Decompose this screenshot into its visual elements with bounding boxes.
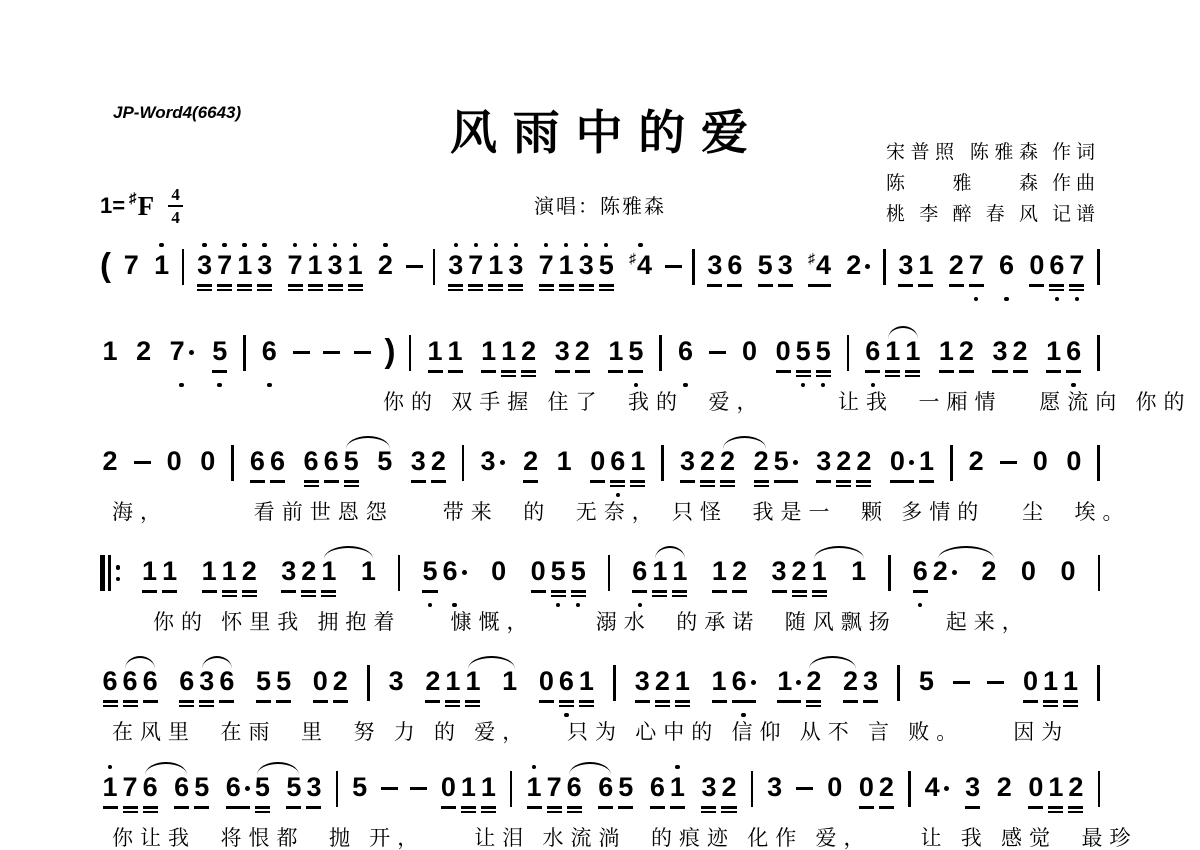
octave-dot-above (778, 240, 793, 250)
beam-underlines (812, 588, 827, 600)
octave-dot-above (992, 326, 1007, 336)
beam-group: 02 (310, 656, 350, 720)
duration-dash (953, 681, 970, 684)
note-digit: 2 (301, 556, 316, 587)
beam-group: 7131 (285, 240, 365, 304)
note-digit: 5 (212, 336, 227, 367)
digit-row: 0 (441, 772, 456, 804)
note: 6 (1047, 240, 1067, 304)
digit-row: 5 (377, 446, 392, 478)
octave-dot-above (124, 240, 139, 250)
octave-dot-below (527, 816, 542, 826)
octave-dot-below (136, 380, 151, 390)
octave-dot-below (301, 600, 316, 610)
underline-1 (1013, 370, 1028, 373)
note-digit: 7 (468, 250, 483, 281)
beam-underlines (162, 588, 177, 600)
octave-dot-above (590, 436, 605, 446)
underline-2 (547, 811, 562, 814)
digit-row: 5 (628, 336, 643, 368)
beam-group: 061 (588, 436, 648, 500)
octave-dot-above (599, 240, 614, 250)
notes-row: 12756)11112321560055611123216 (100, 326, 1100, 390)
note: 0 (588, 436, 608, 500)
note: 1 (672, 656, 692, 720)
digit-row: 1 (481, 772, 496, 804)
beam-underlines (608, 368, 623, 380)
beam-group: 25 (751, 436, 800, 500)
underline-1 (628, 370, 643, 373)
octave-dot-above (579, 240, 594, 250)
underline-2 (567, 811, 582, 814)
octave-dot-below (179, 710, 194, 720)
note: 2 (966, 436, 986, 500)
underline-2 (445, 705, 460, 708)
octave-dot-above (1048, 762, 1063, 772)
octave-dot-above (348, 240, 363, 250)
beam-group: 611 (863, 326, 923, 390)
note: 2 (994, 762, 1014, 826)
note: 3 (963, 762, 983, 826)
octave-dot-below (678, 380, 693, 390)
note: 3 (279, 546, 299, 610)
underline-2 (488, 289, 503, 292)
note-digit: 1 (675, 666, 690, 697)
note-digit: 3 (635, 666, 650, 697)
duration-dash (709, 351, 726, 354)
lyrics-line: 你让我 将恨都 抛 开， 让泪 水流淌 的痕迹 化作 爱， 让 我 感觉 最珍 (100, 822, 1100, 850)
beam-underlines (344, 478, 359, 490)
beam-group: 23 (841, 656, 881, 720)
note-digit: 2 (754, 446, 769, 477)
octave-dot-above (670, 762, 685, 772)
note: 1 (576, 656, 596, 720)
beam-underlines (879, 804, 894, 816)
octave-dot-below (778, 294, 793, 304)
barline (613, 665, 616, 701)
digit-row: 2 (879, 772, 894, 804)
underline-1 (197, 284, 212, 287)
digit-row: 1 (445, 666, 460, 698)
underline-2 (1043, 705, 1058, 708)
beam-group: 12 (709, 546, 749, 610)
note: 2 (844, 240, 873, 304)
note-digit: 3 (965, 772, 980, 803)
octave-dot-above (898, 240, 913, 250)
octave-dot-above (344, 436, 359, 446)
digit-row: 2 (655, 666, 670, 698)
note-digit: 6 (610, 446, 625, 477)
note-digit: 1 (481, 336, 496, 367)
beam-underlines (276, 698, 291, 710)
underline-2 (222, 595, 237, 598)
digit-row: 5 (599, 250, 614, 282)
augmentation-dot (865, 264, 870, 269)
digit-row: 2 (732, 556, 747, 588)
note: 3 (408, 436, 428, 500)
beam-underlines (174, 804, 189, 816)
beam-group: 0 (489, 546, 509, 610)
octave-dot-above (281, 546, 296, 556)
underline-1 (754, 480, 769, 483)
note-digit: 6 (732, 666, 747, 697)
underline-1 (590, 480, 605, 483)
underline-1 (523, 480, 538, 483)
octave-dot-above (1028, 762, 1043, 772)
digit-row: 5 (774, 446, 798, 478)
octave-dot-above (918, 240, 933, 250)
note-digit: 2 (732, 556, 747, 587)
beam-underlines (630, 478, 645, 490)
beam-underlines (628, 368, 643, 380)
digit-row: 2 (843, 666, 858, 698)
beam-group: 2 (521, 436, 541, 500)
note: 6 (267, 436, 287, 500)
note: 2 (330, 656, 350, 720)
octave-dot-below (154, 294, 169, 304)
octave-dot-below (707, 294, 722, 304)
note: 6 (223, 762, 252, 826)
note: 1 (345, 240, 365, 304)
underline-1 (652, 590, 667, 593)
note: 6 (596, 762, 616, 826)
octave-dot-above (630, 436, 645, 446)
beam-underlines (816, 368, 831, 380)
music-line: (7137137131237137135♯43653♯4231276067 (100, 240, 1100, 300)
barline (243, 335, 246, 371)
underline-1 (777, 700, 801, 703)
underline-2 (103, 705, 118, 708)
digit-row: 3 (701, 772, 716, 804)
digit-row: 5 (422, 556, 437, 588)
beam-underlines (103, 804, 118, 816)
digit-row: 4 (925, 772, 949, 804)
underline-1 (559, 284, 574, 287)
octave-dot-above (197, 240, 212, 250)
beam-underlines (898, 282, 913, 294)
octave-dot-below (389, 710, 404, 720)
beam-underlines (179, 698, 194, 710)
octave-dot-below (571, 600, 586, 610)
note-digit: 2 (997, 772, 1012, 803)
underline-2 (571, 595, 586, 598)
octave-dot-above (610, 436, 625, 446)
octave-dot-above (551, 546, 566, 556)
underline-1 (551, 590, 566, 593)
note-digit: 2 (431, 446, 446, 477)
octave-dot-above (933, 546, 957, 556)
underline-2 (197, 289, 212, 292)
digit-row: 2 (431, 446, 446, 478)
note-digit: 5 (256, 666, 271, 697)
note: 1 (670, 546, 690, 610)
underline-2 (308, 289, 323, 292)
octave-dot-below (1069, 294, 1084, 304)
underline-1 (632, 590, 647, 593)
note-digit: 1 (162, 556, 177, 587)
beam-group: 61 (647, 762, 687, 826)
octave-dot-above (754, 436, 769, 446)
underline-1 (308, 284, 323, 287)
beam-group: 0 (198, 436, 218, 500)
beam-underlines (865, 368, 880, 380)
digit-row: 1 (652, 556, 667, 588)
beam-group: 4 (922, 762, 951, 826)
beam-underlines (250, 478, 265, 490)
digit-row: 1 (579, 666, 594, 698)
beam-underlines (772, 588, 787, 600)
duration-dash (987, 681, 1004, 684)
octave-dot-below (650, 816, 665, 826)
digit-row: 1 (812, 556, 827, 588)
barline (231, 445, 234, 481)
duration-dash (293, 351, 310, 354)
note: 5 (813, 326, 833, 390)
octave-dot-below (827, 816, 842, 826)
octave-dot-below (1043, 710, 1058, 720)
octave-dot-below (851, 600, 866, 610)
note-digit: 6 (179, 666, 194, 697)
note: 0 (1026, 762, 1046, 826)
note-digit: 0 (1023, 666, 1038, 697)
beam-underlines (777, 698, 801, 710)
octave-dot-above (523, 436, 538, 446)
underline-1 (879, 806, 894, 809)
octave-dot-above (491, 546, 506, 556)
octave-dot-below (919, 710, 934, 720)
note: 6 (217, 656, 237, 720)
octave-dot-above (222, 546, 237, 556)
underline-2 (321, 595, 336, 598)
octave-dot-above (212, 326, 227, 336)
lyrics-line: 海， 看前世恩怨 带来 的 无奈， 只怪 我是一 颗 多情的 尘 埃。 (100, 496, 1100, 526)
underline-1 (313, 700, 328, 703)
digit-row: 2 (425, 666, 440, 698)
octave-dot-above (194, 762, 209, 772)
note-digit: 1 (308, 250, 323, 281)
beam-underlines (652, 588, 667, 600)
octave-dot-below (481, 380, 496, 390)
octave-dot-above (202, 546, 217, 556)
octave-dot-below (1068, 816, 1083, 826)
digit-row: 5 (276, 666, 291, 698)
octave-dot-below (276, 710, 291, 720)
beam-underlines (256, 698, 271, 710)
octave-dot-above (816, 326, 831, 336)
note-digit: 6 (999, 250, 1014, 281)
note: 3 (775, 240, 795, 304)
underline-2 (123, 811, 138, 814)
note: 2 (423, 656, 443, 720)
underline-1 (836, 480, 851, 483)
beam-group: 16 (709, 656, 758, 720)
digit-row: 5 (618, 772, 633, 804)
digit-row: 7 (539, 250, 554, 282)
octave-dot-above (567, 762, 582, 772)
note: 3 (506, 240, 526, 304)
digit-row: 1 (222, 556, 237, 588)
note: 5 (548, 546, 568, 610)
octave-dot-above (827, 762, 842, 772)
octave-dot-below (812, 600, 827, 610)
beam-group: ♯4 (627, 240, 655, 304)
underline-1 (123, 806, 138, 809)
underline-1 (843, 700, 858, 703)
note: 1 (463, 656, 483, 720)
note: 2 (299, 546, 319, 610)
octave-dot-below (333, 710, 348, 720)
octave-dot-below (898, 294, 913, 304)
octave-dot-below (1023, 710, 1038, 720)
octave-dot-below (1049, 294, 1064, 304)
octave-dot-below (939, 380, 954, 390)
digit-row: 3 (863, 666, 878, 698)
note: 1 (903, 326, 923, 390)
octave-dot-below (567, 816, 582, 826)
beam-underlines (226, 804, 250, 816)
note-digit: 1 (670, 772, 685, 803)
beam-group: 176 (524, 762, 584, 826)
octave-dot-below (103, 816, 118, 826)
underline-1 (1063, 700, 1078, 703)
octave-dot-above (846, 240, 870, 250)
underline-2 (255, 811, 270, 814)
beam-underlines (262, 368, 277, 380)
note: 1 (100, 326, 120, 390)
digit-row: 6 (174, 772, 189, 804)
digit-row: 2 (301, 556, 316, 588)
beam-underlines (732, 588, 747, 600)
note: 0 (438, 762, 458, 826)
digit-row: 2 (242, 556, 257, 588)
note: 1 (916, 240, 936, 304)
digit-row: 1 (162, 556, 177, 588)
digit-row: 7 (217, 250, 232, 282)
beam-group: 12 (936, 326, 976, 390)
barline (1098, 555, 1101, 591)
beam-underlines (1023, 698, 1038, 710)
digit-row: 1 (905, 336, 920, 368)
octave-dot-below (344, 490, 359, 500)
beam-group: 1 (358, 546, 378, 610)
note: 2 (375, 240, 395, 304)
note-digit: 5 (774, 446, 789, 477)
digit-row: 3 (680, 446, 695, 478)
octave-dot-below (999, 294, 1014, 304)
octave-dot-below (468, 294, 483, 304)
octave-dot-below (547, 816, 562, 826)
underline-1 (143, 700, 158, 703)
beam-underlines (885, 368, 900, 380)
note: 3 (552, 326, 572, 390)
note: 5 (626, 326, 646, 390)
underline-2 (579, 705, 594, 708)
note: 3 (446, 240, 466, 304)
beam-group: 611 (630, 546, 690, 610)
note: 5 (375, 436, 395, 500)
octave-dot-above (555, 326, 570, 336)
note-digit: 1 (488, 250, 503, 281)
beam-group: 061 (536, 656, 596, 720)
note: 1 (556, 240, 576, 304)
note: 1 (916, 436, 936, 500)
underline-2 (448, 289, 463, 292)
beam-underlines (567, 804, 582, 816)
underline-2 (610, 485, 625, 488)
digit-row: 3 (992, 336, 1007, 368)
octave-dot-above (650, 762, 665, 772)
underline-1 (959, 370, 974, 373)
octave-dot-above (776, 326, 791, 336)
augmentation-dot (796, 680, 801, 685)
beam-underlines (527, 804, 542, 816)
underline-1 (445, 700, 460, 703)
octave-dot-below (1060, 600, 1075, 610)
beam-underlines (428, 368, 443, 380)
note-digit: 0 (539, 666, 554, 697)
note: 2 (239, 546, 259, 610)
note-digit: 1 (608, 336, 623, 367)
note-digit: 2 (425, 666, 440, 697)
sharp-icon: ♯ (629, 251, 636, 265)
beam-underlines (925, 804, 949, 816)
underline-1 (608, 370, 623, 373)
note: 6 (172, 762, 192, 826)
beam-group: 7 (121, 240, 141, 304)
note-digit: 7 (547, 772, 562, 803)
octave-dot-below (502, 710, 517, 720)
underline-1 (257, 284, 272, 287)
digit-row: 1 (461, 772, 476, 804)
underline-1 (162, 590, 177, 593)
beam-group: 321 (632, 656, 692, 720)
octave-dot-above (652, 546, 667, 556)
note: 7 (1067, 240, 1087, 304)
underline-1 (618, 806, 633, 809)
octave-dot-below (256, 710, 271, 720)
octave-dot-below (508, 294, 523, 304)
digit-row: 5 (255, 772, 270, 804)
octave-dot-below (441, 816, 456, 826)
digit-row: 2 (933, 556, 957, 588)
underline-1 (863, 700, 878, 703)
note: 0 (1064, 436, 1084, 500)
digit-row: 0 (491, 556, 506, 588)
note-digit: 1 (448, 336, 463, 367)
underline-1 (919, 480, 934, 483)
beam-underlines (776, 368, 791, 380)
octave-dot-above (167, 436, 182, 446)
note-digit: 0 (167, 446, 182, 477)
note: 0 (1018, 546, 1038, 610)
beam-underlines (720, 478, 735, 490)
beam-underlines (306, 804, 321, 816)
underline-2 (508, 289, 523, 292)
beam-underlines (491, 588, 506, 600)
note: 1 (152, 240, 172, 304)
note-digit: 6 (270, 446, 285, 477)
note-digit: 1 (1043, 666, 1058, 697)
note-digit: 2 (806, 666, 821, 697)
octave-dot-above (143, 656, 158, 666)
digit-row: 0 (859, 772, 874, 804)
octave-dot-below (250, 490, 265, 500)
beam-underlines (919, 698, 934, 710)
octave-dot-below (170, 380, 194, 390)
beam-underlines (222, 588, 237, 600)
barline (1097, 335, 1100, 371)
note: 2 (841, 656, 861, 720)
